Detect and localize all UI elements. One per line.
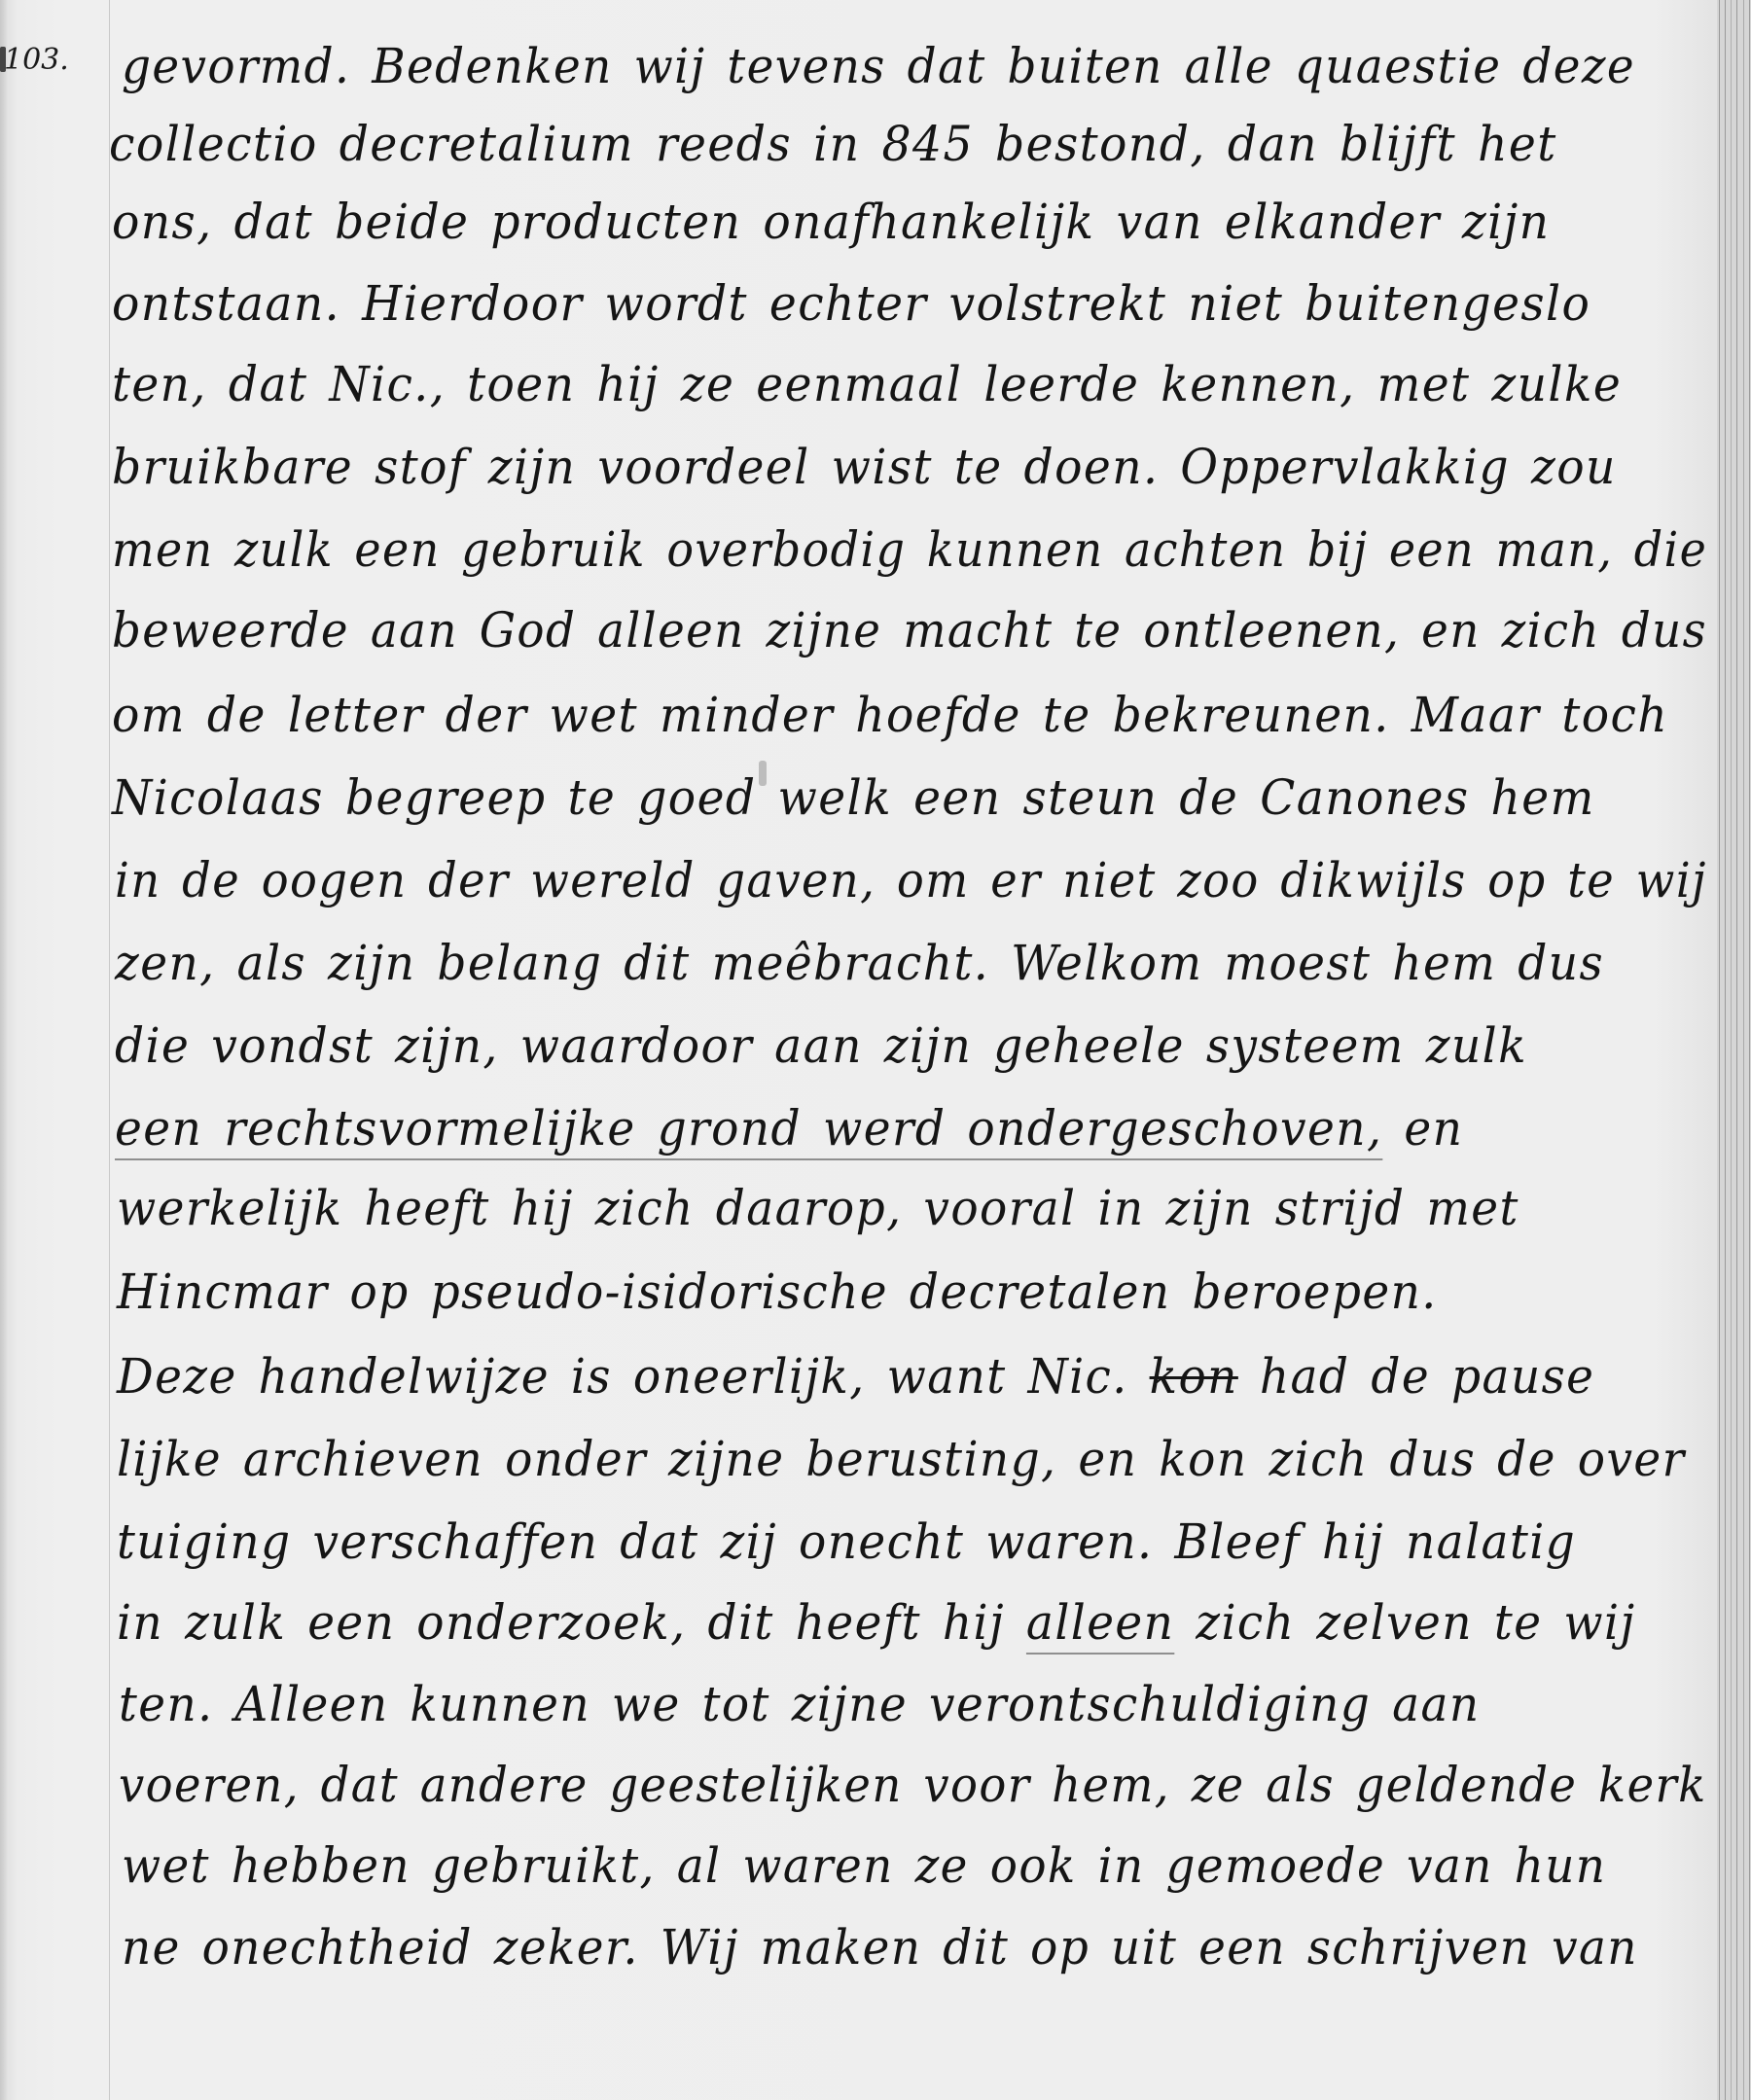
line-text: en <box>1382 1100 1463 1157</box>
line-text: men zulk een gebruik overbodig kunnen ac… <box>112 521 1707 578</box>
line-text: werkelijk heeft hij zich daarop, vooral … <box>117 1180 1519 1236</box>
line-text: te bekreunen. Maar toch <box>1021 687 1668 743</box>
line-text: in de oogen der wereld gaven, om er niet… <box>115 852 1707 908</box>
manuscript-line: in de oogen der wereld gaven, om er niet… <box>115 851 1684 909</box>
line-text: wet hebben gebruikt, al waren ze ook in … <box>122 1837 1606 1894</box>
underlined-text: een rechtsvormelijke grond werd onderges… <box>115 1100 1382 1157</box>
manuscript-line: werkelijk heeft hij zich daarop, vooral … <box>117 1179 1707 1237</box>
line-text: ten, dat Nic., toen hij ze eenmaal leerd… <box>112 356 1622 412</box>
line-text: ons, dat beide producten onafhankelijk v… <box>112 194 1550 250</box>
line-text: Nicolaas begreep te goed welk een steun … <box>112 769 1595 826</box>
manuscript-line: Hincmar op pseudo-isidorische decretalen… <box>117 1263 1707 1321</box>
book-binding-edges-icon <box>1717 0 1751 2100</box>
manuscript-line: ontstaan. Hierdoor wordt echter volstrek… <box>112 274 1707 333</box>
manuscript-line: men zulk een gebruik overbodig kunnen ac… <box>112 520 1668 579</box>
line-text: beweerde aan God alleen zijne macht te o… <box>112 602 1707 658</box>
manuscript-line: Nicolaas begreep te goed welk een steun … <box>112 768 1707 827</box>
manuscript-line: zen, als zijn belang dit meêbracht. Welk… <box>115 934 1707 992</box>
line-text: in zulk een onderzoek, dit heeft hij <box>117 1594 1026 1651</box>
manuscript-line: ons, dat beide producten onafhankelijk v… <box>112 193 1707 251</box>
line-text: zich zelven te wij <box>1174 1594 1635 1651</box>
manuscript-line: een rechtsvormelijke grond werd onderges… <box>115 1099 1707 1157</box>
line-text: zen, als zijn belang dit meêbracht. Welk… <box>115 935 1604 991</box>
line-text: collectio decretalium reeds in 845 besto… <box>109 116 1557 172</box>
manuscript-line: om de letter der wet minder hoefde te be… <box>112 686 1707 744</box>
manuscript-line: ten. Alleen kunnen we tot zijne verontsc… <box>119 1675 1707 1733</box>
manuscript-line: wet hebben gebruikt, al waren ze ook in … <box>122 1836 1707 1895</box>
manuscript-line: in zulk een onderzoek, dit heeft hij all… <box>117 1593 1707 1652</box>
manuscript-line: Deze handelwijze is oneerlijk, want Nic.… <box>117 1347 1707 1406</box>
line-text: Deze handelwijze is oneerlijk, want Nic. <box>117 1348 1150 1405</box>
line-text: Hincmar op pseudo-isidorische decretalen… <box>117 1264 1438 1320</box>
struck-through-text: kon <box>1150 1348 1238 1405</box>
line-text: had de pause <box>1238 1348 1595 1405</box>
underlined-text: alleen <box>1026 1594 1174 1651</box>
line-text: voeren, dat andere geestelijken voor hem… <box>119 1757 1707 1813</box>
manuscript-line: die vondst zijn, waardoor aan zijn gehee… <box>115 1016 1707 1075</box>
ink-smudge <box>759 761 767 786</box>
manuscript-line: voeren, dat andere geestelijken voor hem… <box>119 1756 1692 1814</box>
line-text: die vondst zijn, waardoor aan zijn gehee… <box>115 1017 1527 1074</box>
line-text: om de letter der wet minder <box>112 687 855 743</box>
line-text: tuiging verschaffen dat zij onecht waren… <box>117 1513 1576 1570</box>
manuscript-line: bruikbare stof zijn voordeel wist te doe… <box>112 438 1707 496</box>
manuscript-line: tuiging verschaffen dat zij onecht waren… <box>117 1513 1707 1571</box>
manuscript-line: ne onechtheid zeker. Wij maken dit op ui… <box>122 1918 1707 1976</box>
handwritten-text-body: gevormd. Bedenken wij tevens dat buiten … <box>0 0 1717 2100</box>
line-text: ontstaan. Hierdoor wordt echter volstrek… <box>112 275 1590 332</box>
manuscript-line: ten, dat Nic., toen hij ze eenmaal leerd… <box>112 355 1707 413</box>
manuscript-line: collectio decretalium reeds in 845 besto… <box>109 115 1707 173</box>
line-text: ne onechtheid zeker. Wij maken dit op ui… <box>122 1919 1638 1975</box>
line-text: ten. Alleen kunnen we tot zijne verontsc… <box>119 1676 1481 1732</box>
manuscript-line: beweerde aan God alleen zijne macht te o… <box>112 601 1694 659</box>
line-text: bruikbare stof zijn voordeel wist te doe… <box>112 439 1617 495</box>
manuscript-page: 103. gevormd. Bedenken wij tevens dat bu… <box>0 0 1717 2100</box>
manuscript-line: lijke archieven onder zijne berusting, e… <box>117 1430 1707 1488</box>
line-text: lijke archieven onder zijne berusting, e… <box>117 1431 1686 1487</box>
line-text: gevormd. Bedenken wij tevens dat buiten … <box>122 38 1635 94</box>
manuscript-line: gevormd. Bedenken wij tevens dat buiten … <box>122 37 1707 95</box>
line-text: hoefde <box>855 687 1021 743</box>
